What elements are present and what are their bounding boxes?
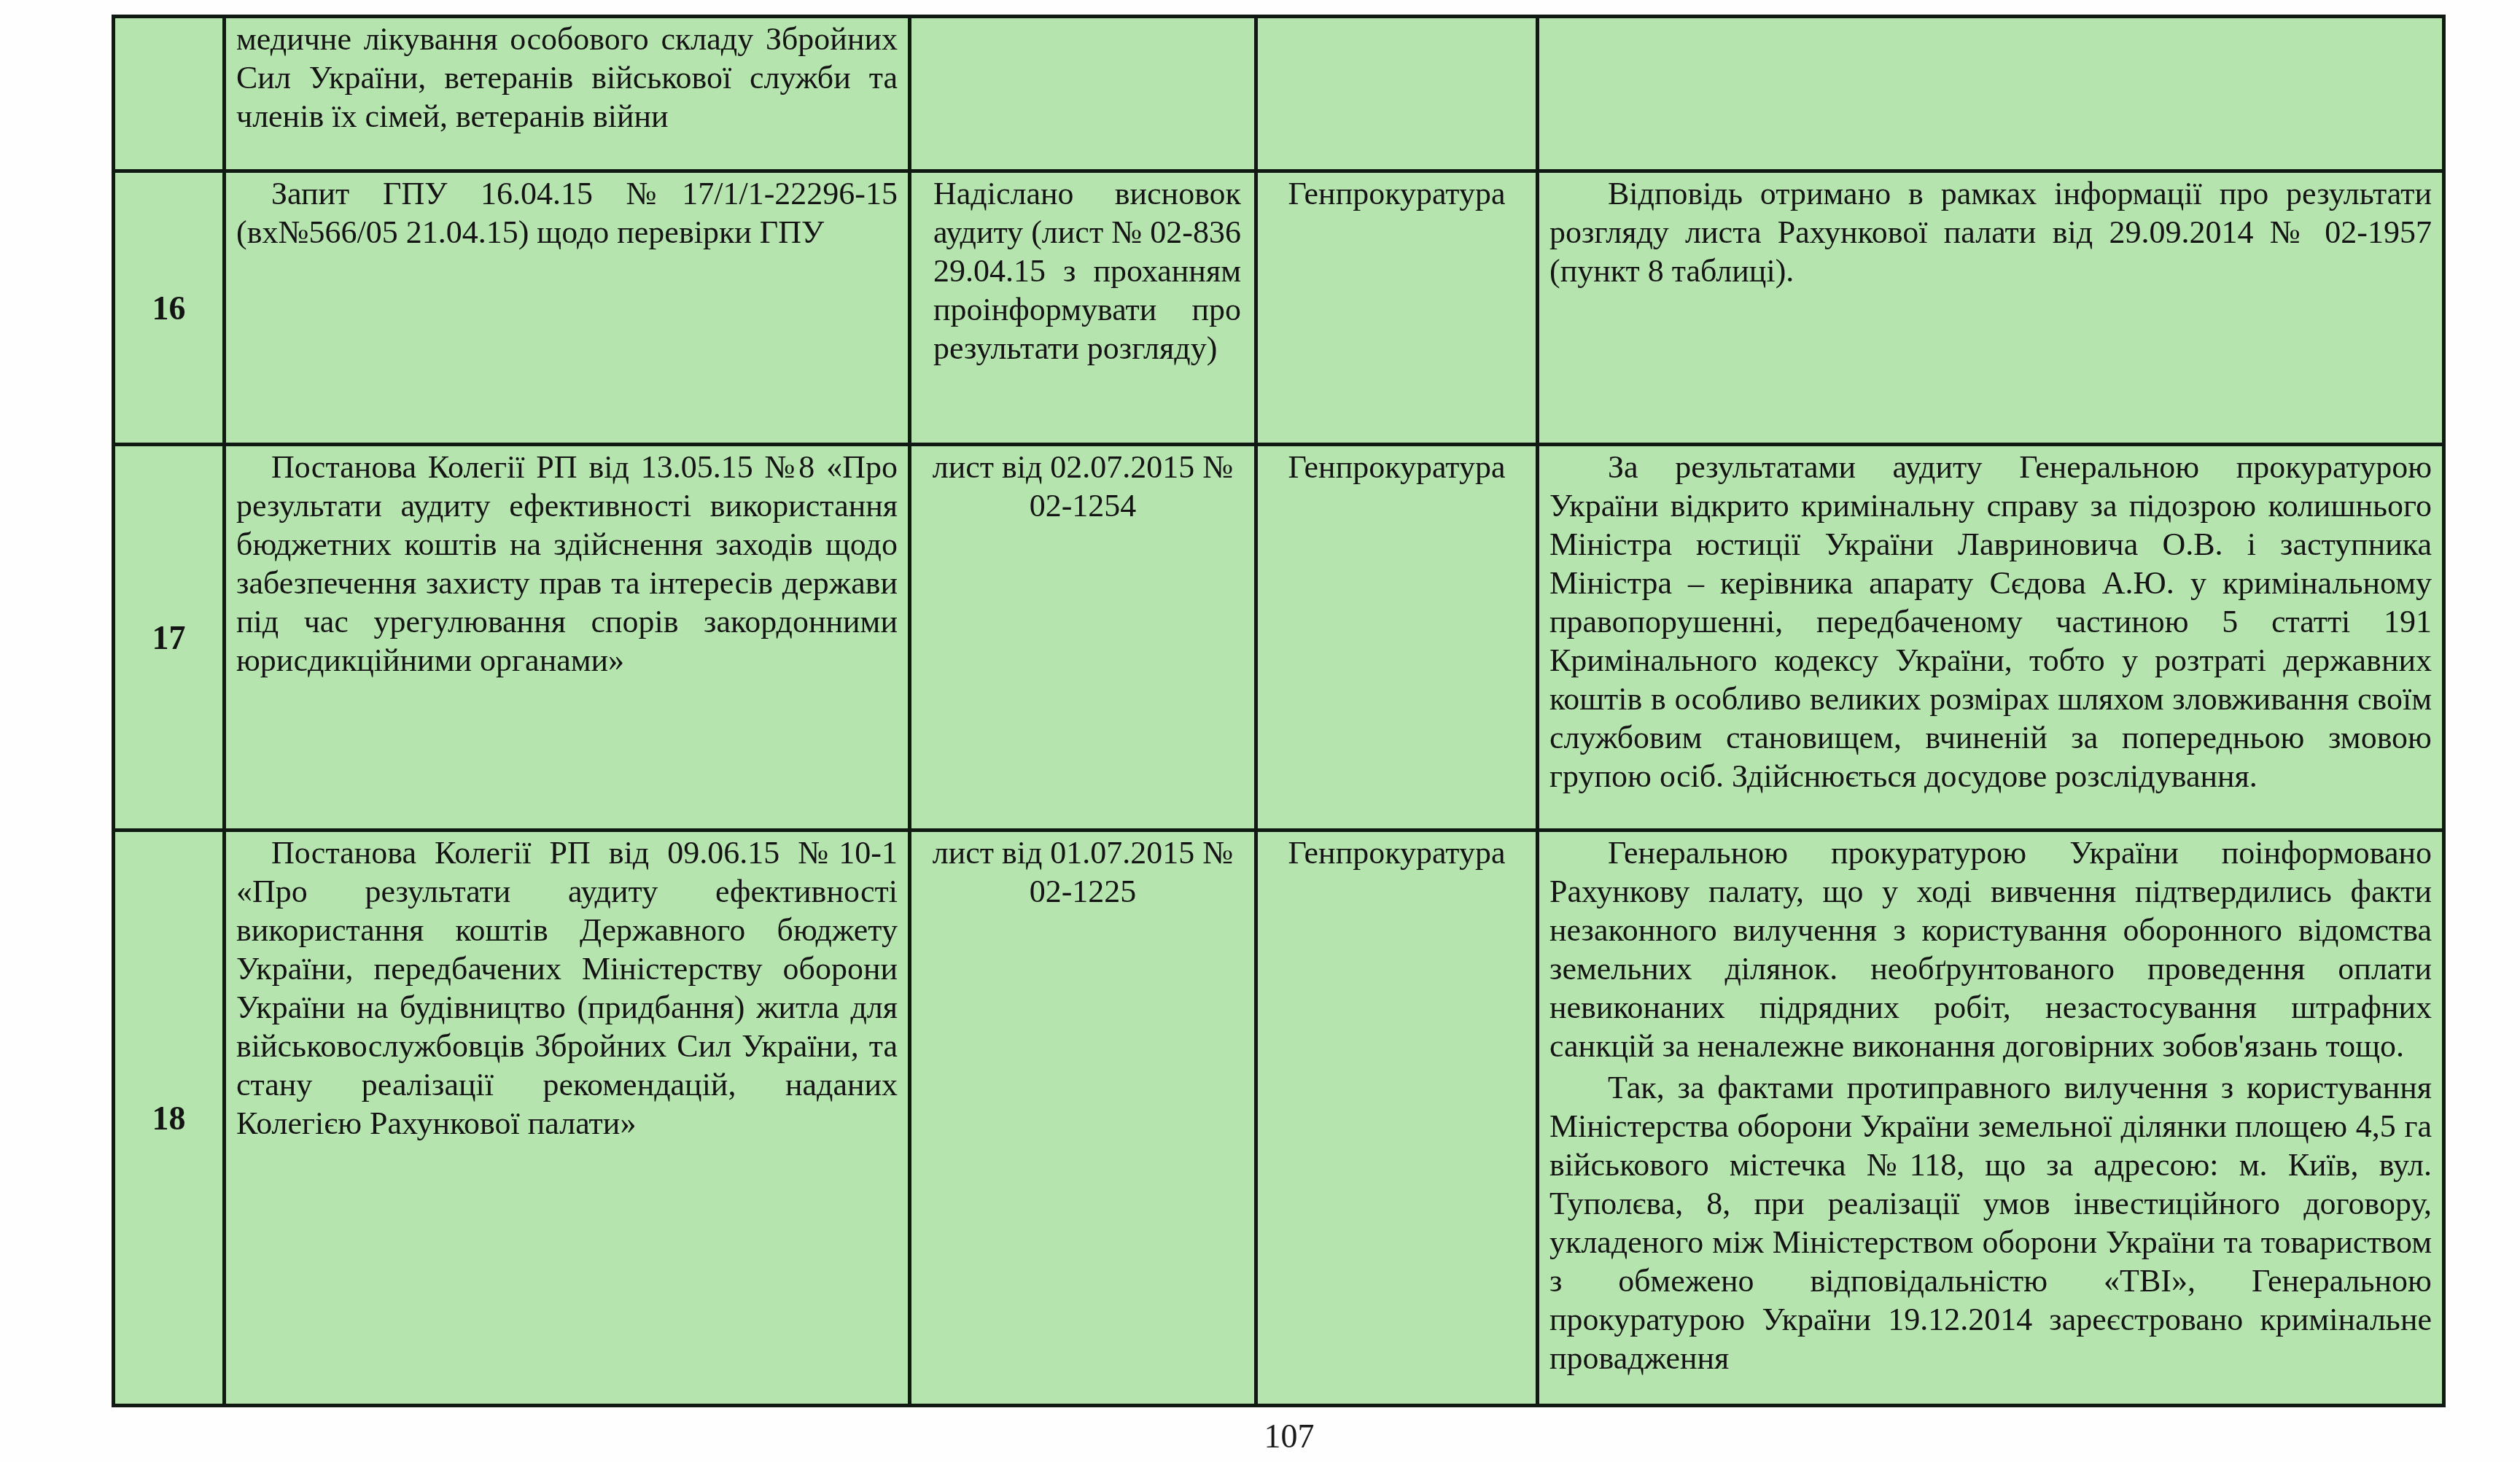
sent-cell: лист від 02.07.2015 № 02-1254 <box>910 445 1256 831</box>
row-number-cell <box>114 17 225 171</box>
audit-results-table: медичне лікування особового складу Зброй… <box>112 15 2446 1407</box>
sent-cell: Надіслано висновок аудиту (лист № 02-836… <box>910 171 1256 445</box>
subject-cell: Постанова Колегії РП від 13.05.15 №8 «Пр… <box>225 445 910 831</box>
subject-cell: медичне лікування особового складу Зброй… <box>225 17 910 171</box>
table-row: 16 Запит ГПУ 16.04.15 №17/1/1-22296-15 (… <box>114 171 2444 445</box>
row-number-cell: 18 <box>114 831 225 1406</box>
result-cell: За результатами аудиту Генеральною проку… <box>1538 445 2444 831</box>
sent-cell <box>910 17 1256 171</box>
table-row: 17 Постанова Колегії РП від 13.05.15 №8 … <box>114 445 2444 831</box>
result-paragraph: Генеральною прокуратурою України поінфор… <box>1549 833 2432 1065</box>
result-cell: Відповідь отримано в рамках інформації п… <box>1538 171 2444 445</box>
recipient-cell: Генпрокуратура <box>1256 831 1538 1406</box>
result-paragraph: Так, за фактами протиправного вилучення … <box>1549 1068 2432 1377</box>
row-number-cell: 17 <box>114 445 225 831</box>
result-cell: Генеральною прокуратурою України поінфор… <box>1538 831 2444 1406</box>
subject-cell: Постанова Колегії РП від 09.06.15 №10-1 … <box>225 831 910 1406</box>
recipient-cell: Генпрокуратура <box>1256 171 1538 445</box>
document-page: медичне лікування особового складу Зброй… <box>0 0 2520 1462</box>
result-paragraph: За результатами аудиту Генеральною проку… <box>1549 448 2432 796</box>
recipient-cell: Генпрокуратура <box>1256 445 1538 831</box>
sent-cell: лист від 01.07.2015 № 02-1225 <box>910 831 1256 1406</box>
table-row: медичне лікування особового складу Зброй… <box>114 17 2444 171</box>
recipient-cell <box>1256 17 1538 171</box>
table-row: 18 Постанова Колегії РП від 09.06.15 №10… <box>114 831 2444 1406</box>
page-number: 107 <box>0 1415 2520 1458</box>
subject-cell: Запит ГПУ 16.04.15 №17/1/1-22296-15 (вх№… <box>225 171 910 445</box>
result-cell <box>1538 17 2444 171</box>
row-number-cell: 16 <box>114 171 225 445</box>
result-paragraph: Відповідь отримано в рамках інформації п… <box>1549 174 2432 290</box>
